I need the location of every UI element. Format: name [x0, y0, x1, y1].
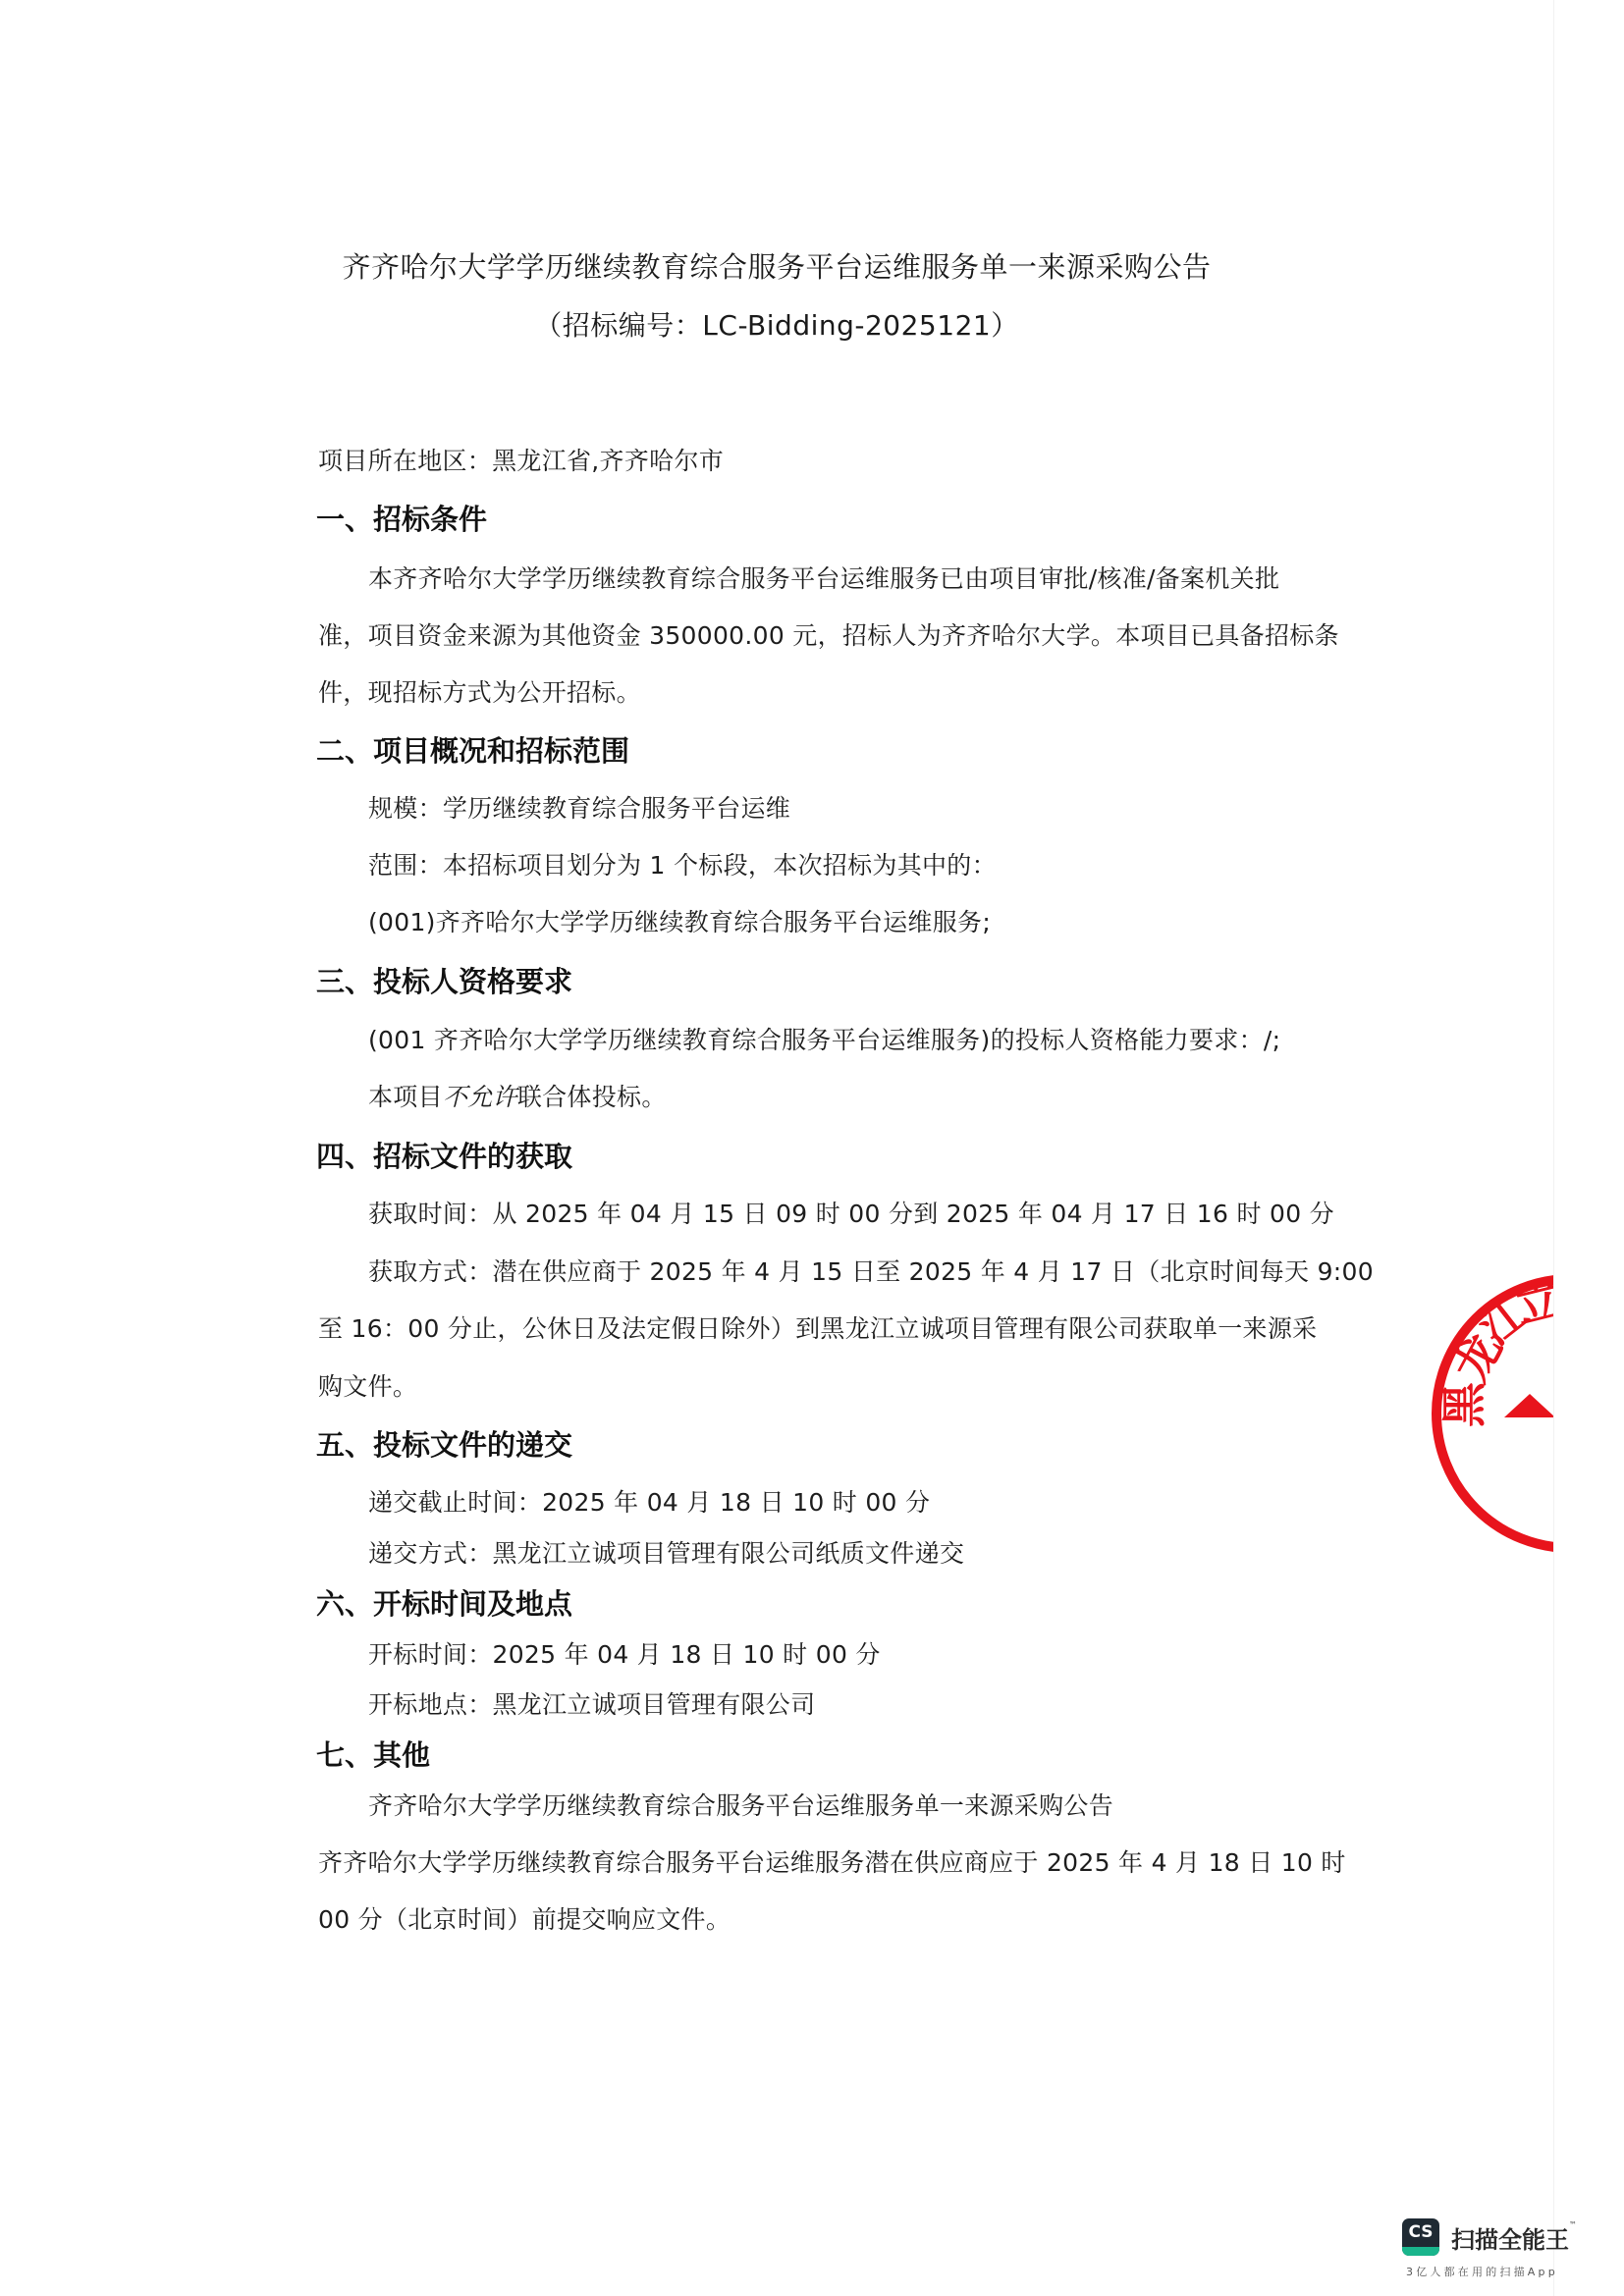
section-6-line-2: 开标地点：黑龙江立诚项目管理有限公司: [368, 1688, 815, 1722]
section-2-line-3: (001)齐齐哈尔大学学历继续教育综合服务平台运维服务;: [368, 906, 991, 939]
section-1-line-2: 准，项目资金来源为其他资金 350000.00 元，招标人为齐齐哈尔大学。本项目…: [318, 619, 1339, 653]
consortium-suffix: 联合体投标。: [517, 1083, 667, 1111]
section-2-line-2: 范围：本招标项目划分为 1 个标段，本次招标为其中的：: [368, 849, 997, 882]
section-4-line-1: 获取时间：从 2025 年 04 月 15 日 09 时 00 分到 2025 …: [368, 1198, 1334, 1231]
logo-accent-bar: [1402, 2247, 1439, 2256]
document-title: 齐齐哈尔大学学历继续教育综合服务平台运维服务单一来源采购公告: [0, 245, 1553, 286]
section-2-line-1: 规模：学历继续教育综合服务平台运维: [368, 792, 790, 826]
company-seal: 黑 龙 江 立: [1414, 1256, 1553, 1571]
project-region: 项目所在地区：黑龙江省,齐齐哈尔市: [318, 445, 724, 478]
section-1-line-1: 本齐齐哈尔大学学历继续教育综合服务平台运维服务已由项目审批/核准/备案机关批: [368, 562, 1279, 596]
section-heading-4: 四、招标文件的获取: [316, 1138, 572, 1175]
section-4-line-3: 至 16：00 分止，公休日及法定假日除外）到黑龙江立诚项目管理有限公司获取单一…: [318, 1312, 1317, 1346]
app-name-text: 扫描全能王: [1451, 2226, 1569, 2254]
section-5-line-1: 递交截止时间：2025 年 04 月 18 日 10 时 00 分: [368, 1486, 930, 1520]
seal-char-1: 黑: [1441, 1382, 1487, 1427]
app-name: 扫描全能王™: [1451, 2220, 1577, 2255]
section-1-line-3: 件，现招标方式为公开招标。: [318, 676, 641, 710]
section-4-line-4: 购文件。: [318, 1370, 417, 1404]
section-heading-3: 三、投标人资格要求: [316, 963, 572, 1000]
section-heading-5: 五、投标文件的递交: [316, 1426, 572, 1464]
consortium-not-allowed: 不允许: [443, 1083, 517, 1111]
section-heading-1: 一、招标条件: [316, 501, 487, 538]
section-7-line-2: 齐齐哈尔大学学历继续教育综合服务平台运维服务潜在供应商应于 2025 年 4 月…: [318, 1846, 1346, 1880]
section-heading-7: 七、其他: [316, 1736, 430, 1774]
camscanner-watermark: CS 扫描全能王™ 3亿人都在用的扫描App: [1402, 2216, 1624, 2296]
logo-text: CS: [1402, 2222, 1439, 2242]
scanned-page: 齐齐哈尔大学学历继续教育综合服务平台运维服务单一来源采购公告 （招标编号：LC-…: [0, 0, 1554, 2296]
section-6-line-1: 开标时间：2025 年 04 月 18 日 10 时 00 分: [368, 1638, 881, 1672]
bidding-number: （招标编号：LC-Bidding-2025121）: [0, 304, 1553, 344]
trademark-mark: ™: [1569, 2220, 1577, 2229]
camscanner-logo-icon: CS: [1402, 2218, 1439, 2256]
app-tagline: 3亿人都在用的扫描App: [1406, 2264, 1558, 2279]
consortium-prefix: 本项目: [368, 1083, 443, 1111]
section-3-line-1: (001 齐齐哈尔大学学历继续教育综合服务平台运维服务)的投标人资格能力要求：/…: [368, 1024, 1280, 1057]
section-heading-6: 六、开标时间及地点: [316, 1585, 572, 1623]
section-5-line-2: 递交方式：黑龙江立诚项目管理有限公司纸质文件递交: [368, 1537, 964, 1571]
section-heading-2: 二、项目概况和招标范围: [316, 732, 629, 770]
seal-star-icon: [1504, 1394, 1553, 1417]
section-4-line-2: 获取方式：潜在供应商于 2025 年 4 月 15 日至 2025 年 4 月 …: [368, 1255, 1374, 1289]
section-7-line-3: 00 分（北京时间）前提交响应文件。: [318, 1903, 731, 1937]
section-3-consortium-line: 本项目不允许联合体投标。: [368, 1081, 667, 1114]
section-7-line-1: 齐齐哈尔大学学历继续教育综合服务平台运维服务单一来源采购公告: [368, 1789, 1113, 1823]
